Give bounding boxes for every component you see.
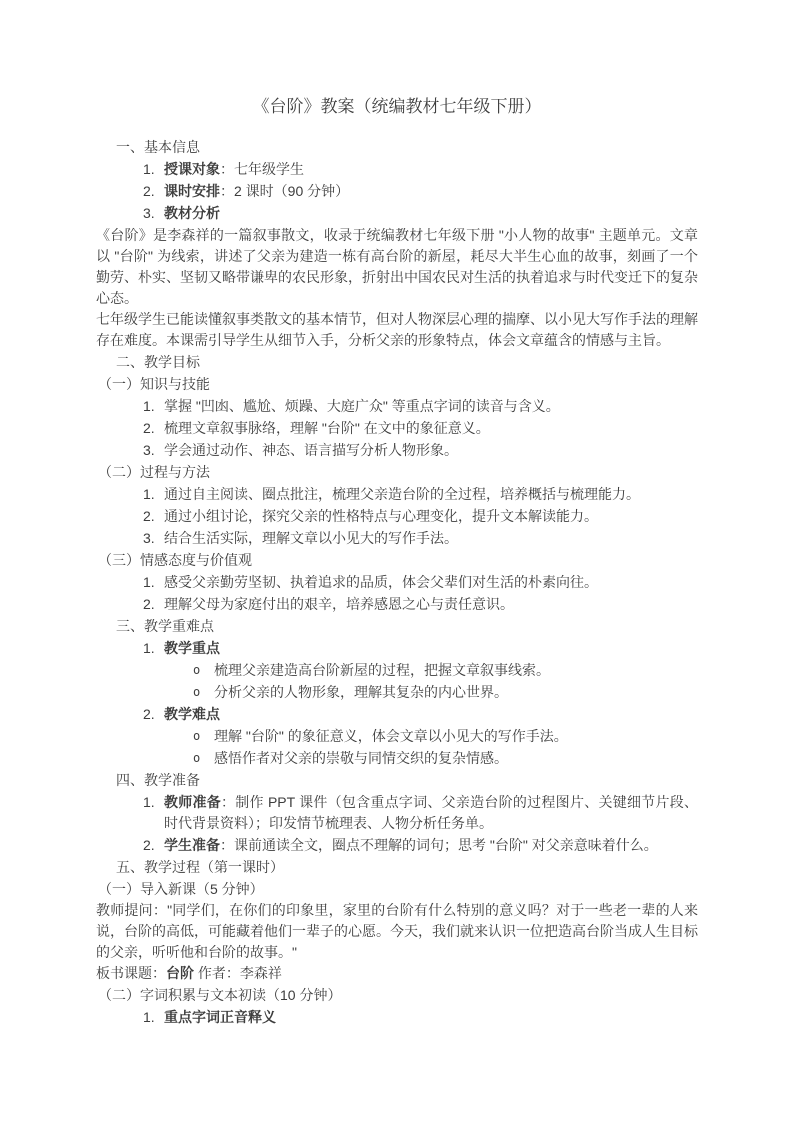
- board-prefix: 板书课题：: [96, 965, 166, 981]
- list-item: 2. 通过小组讨论，探究父亲的性格特点与心理变化，提升文本解读能力。: [96, 506, 698, 527]
- item-rest: ：制作 PPT 课件（包含重点字词、父亲造台阶的过程图片、关键细节片段、时代背景…: [164, 794, 698, 831]
- list-number: 2.: [143, 594, 164, 615]
- item-label: 重点字词正音释义: [164, 1009, 276, 1025]
- list-text: 通过自主阅读、圈点批注，梳理父亲造台阶的全过程，培养概括与梳理能力。: [164, 484, 698, 505]
- section-heading-preparation: 四、教学准备: [96, 770, 698, 791]
- list-item-student-prep: 2. 学生准备：课前通读全文，圈点不理解的词句；思考 "台阶" 对父亲意味着什么…: [96, 835, 698, 856]
- item-label: 教材分析: [164, 205, 220, 221]
- bullet-text: 梳理父亲建造高台阶新屋的过程，把握文章叙事线索。: [214, 660, 698, 681]
- list-number: 2.: [143, 181, 164, 202]
- list-item-key-difficulty: 2. 教学难点: [96, 704, 698, 725]
- list-text: 学生准备：课前通读全文，圈点不理解的词句；思考 "台阶" 对父亲意味着什么。: [164, 835, 698, 856]
- circle-bullet-icon: o: [193, 726, 214, 747]
- list-number: 1.: [143, 638, 164, 659]
- bullet-item: o 理解 "台阶" 的象征意义，体会文章以小见大的写作手法。: [96, 726, 698, 747]
- list-item: 2. 梳理文章叙事脉络，理解 "台阶" 在文中的象征意义。: [96, 418, 698, 439]
- item-label: 教师准备: [164, 794, 221, 810]
- list-number: 1.: [143, 1007, 164, 1028]
- list-text: 教学难点: [164, 704, 698, 725]
- list-number: 1.: [143, 396, 164, 417]
- list-item-vocabulary: 1. 重点字词正音释义: [96, 1007, 698, 1028]
- subsection-heading-knowledge-skills: （一）知识与技能: [96, 374, 698, 395]
- list-item: 3. 结合生活实际，理解文章以小见大的写作手法。: [96, 528, 698, 549]
- list-text: 理解父母为家庭付出的艰辛，培养感恩之心与责任意识。: [164, 594, 698, 615]
- list-number: 1.: [143, 572, 164, 593]
- list-text: 掌握 "凹凼、尴尬、烦躁、大庭广众" 等重点字词的读音与含义。: [164, 396, 698, 417]
- list-item: 1. 通过自主阅读、圈点批注，梳理父亲造台阶的全过程，培养概括与梳理能力。: [96, 484, 698, 505]
- item-rest: ：2 课时（90 分钟）: [220, 183, 349, 199]
- item-rest: ：七年级学生: [220, 161, 304, 177]
- list-item: 2. 理解父母为家庭付出的艰辛，培养感恩之心与责任意识。: [96, 594, 698, 615]
- section-heading-basic-info: 一、基本信息: [96, 137, 698, 158]
- list-item-key-focus: 1. 教学重点: [96, 638, 698, 659]
- item-label: 学生准备: [164, 837, 220, 853]
- list-item: 3. 学会通过动作、神态、语言描写分析人物形象。: [96, 440, 698, 461]
- circle-bullet-icon: o: [193, 748, 214, 769]
- item-rest: ：课前通读全文，圈点不理解的词句；思考 "台阶" 对父亲意味着什么。: [220, 837, 658, 853]
- list-text: 教学重点: [164, 638, 698, 659]
- subsection-heading-emotion-values: （三）情感态度与价值观: [96, 550, 698, 571]
- paragraph-material-analysis-2: 七年级学生已能读懂叙事类散文的基本情节，但对人物深层心理的揣摩、以小见大写作手法…: [96, 309, 698, 351]
- bullet-item: o 梳理父亲建造高台阶新屋的过程，把握文章叙事线索。: [96, 660, 698, 681]
- list-item-teaching-target: 1. 授课对象：七年级学生: [96, 159, 698, 180]
- page-title: 《台阶》教案（统编教材七年级下册）: [96, 94, 698, 120]
- paragraph-material-analysis-1: 《台阶》是李森祥的一篇叙事散文，收录于统编教材七年级下册 "小人物的故事" 主题…: [96, 225, 698, 309]
- subsection-heading-vocabulary: （二）字词积累与文本初读（10 分钟）: [96, 985, 698, 1006]
- item-label: 教学重点: [164, 640, 220, 656]
- list-number: 2.: [143, 418, 164, 439]
- paragraph-board-title: 板书课题：台阶 作者：李森祥: [96, 963, 698, 984]
- circle-bullet-icon: o: [193, 660, 214, 681]
- paragraph-teacher-question: 教师提问："同学们，在你们的印象里，家里的台阶有什么特别的意义吗？对于一些老一辈…: [96, 900, 698, 963]
- bullet-item: o 分析父亲的人物形象，理解其复杂的内心世界。: [96, 682, 698, 703]
- item-label: 教学难点: [164, 706, 220, 722]
- subsection-heading-lead-in: （一）导入新课（5 分钟）: [96, 879, 698, 900]
- list-number: 1.: [143, 484, 164, 505]
- list-number: 3.: [143, 203, 164, 224]
- list-text: 学会通过动作、神态、语言描写分析人物形象。: [164, 440, 698, 461]
- section-heading-keypoints: 三、教学重难点: [96, 616, 698, 637]
- bullet-item: o 感悟作者对父亲的崇敬与同情交织的复杂情感。: [96, 748, 698, 769]
- list-item: 1. 感受父亲勤劳坚韧、执着追求的品质，体会父辈们对生活的朴素向往。: [96, 572, 698, 593]
- list-text: 梳理文章叙事脉络，理解 "台阶" 在文中的象征意义。: [164, 418, 698, 439]
- board-lesson-title: 台阶: [166, 965, 194, 981]
- bullet-text: 感悟作者对父亲的崇敬与同情交织的复杂情感。: [214, 748, 698, 769]
- list-text: 授课对象：七年级学生: [164, 159, 698, 180]
- document-page: 《台阶》教案（统编教材七年级下册） 一、基本信息 1. 授课对象：七年级学生 2…: [0, 0, 794, 1123]
- section-heading-process: 五、教学过程（第一课时）: [96, 857, 698, 878]
- list-text: 教材分析: [164, 203, 698, 224]
- bullet-text: 理解 "台阶" 的象征意义，体会文章以小见大的写作手法。: [214, 726, 698, 747]
- list-text: 结合生活实际，理解文章以小见大的写作手法。: [164, 528, 698, 549]
- item-label: 授课对象: [164, 161, 220, 177]
- list-text: 通过小组讨论，探究父亲的性格特点与心理变化，提升文本解读能力。: [164, 506, 698, 527]
- list-number: 2.: [143, 506, 164, 527]
- list-number: 1.: [143, 792, 164, 834]
- list-number: 2.: [143, 704, 164, 725]
- list-text: 重点字词正音释义: [164, 1007, 698, 1028]
- list-item-material-analysis: 3. 教材分析: [96, 203, 698, 224]
- bullet-text: 分析父亲的人物形象，理解其复杂的内心世界。: [214, 682, 698, 703]
- list-number: 3.: [143, 528, 164, 549]
- subsection-heading-process-methods: （二）过程与方法: [96, 462, 698, 483]
- section-heading-objectives: 二、教学目标: [96, 352, 698, 373]
- item-label: 课时安排: [164, 183, 220, 199]
- list-item-teacher-prep: 1. 教师准备：制作 PPT 课件（包含重点字词、父亲造台阶的过程图片、关键细节…: [96, 792, 698, 834]
- list-item-schedule: 2. 课时安排：2 课时（90 分钟）: [96, 181, 698, 202]
- circle-bullet-icon: o: [193, 682, 214, 703]
- list-number: 1.: [143, 159, 164, 180]
- list-text: 感受父亲勤劳坚韧、执着追求的品质，体会父辈们对生活的朴素向往。: [164, 572, 698, 593]
- board-author: 作者：李森祥: [194, 965, 282, 981]
- list-item: 1. 掌握 "凹凼、尴尬、烦躁、大庭广众" 等重点字词的读音与含义。: [96, 396, 698, 417]
- list-number: 2.: [143, 835, 164, 856]
- list-text: 课时安排：2 课时（90 分钟）: [164, 181, 698, 202]
- list-number: 3.: [143, 440, 164, 461]
- list-text: 教师准备：制作 PPT 课件（包含重点字词、父亲造台阶的过程图片、关键细节片段、…: [164, 792, 698, 834]
